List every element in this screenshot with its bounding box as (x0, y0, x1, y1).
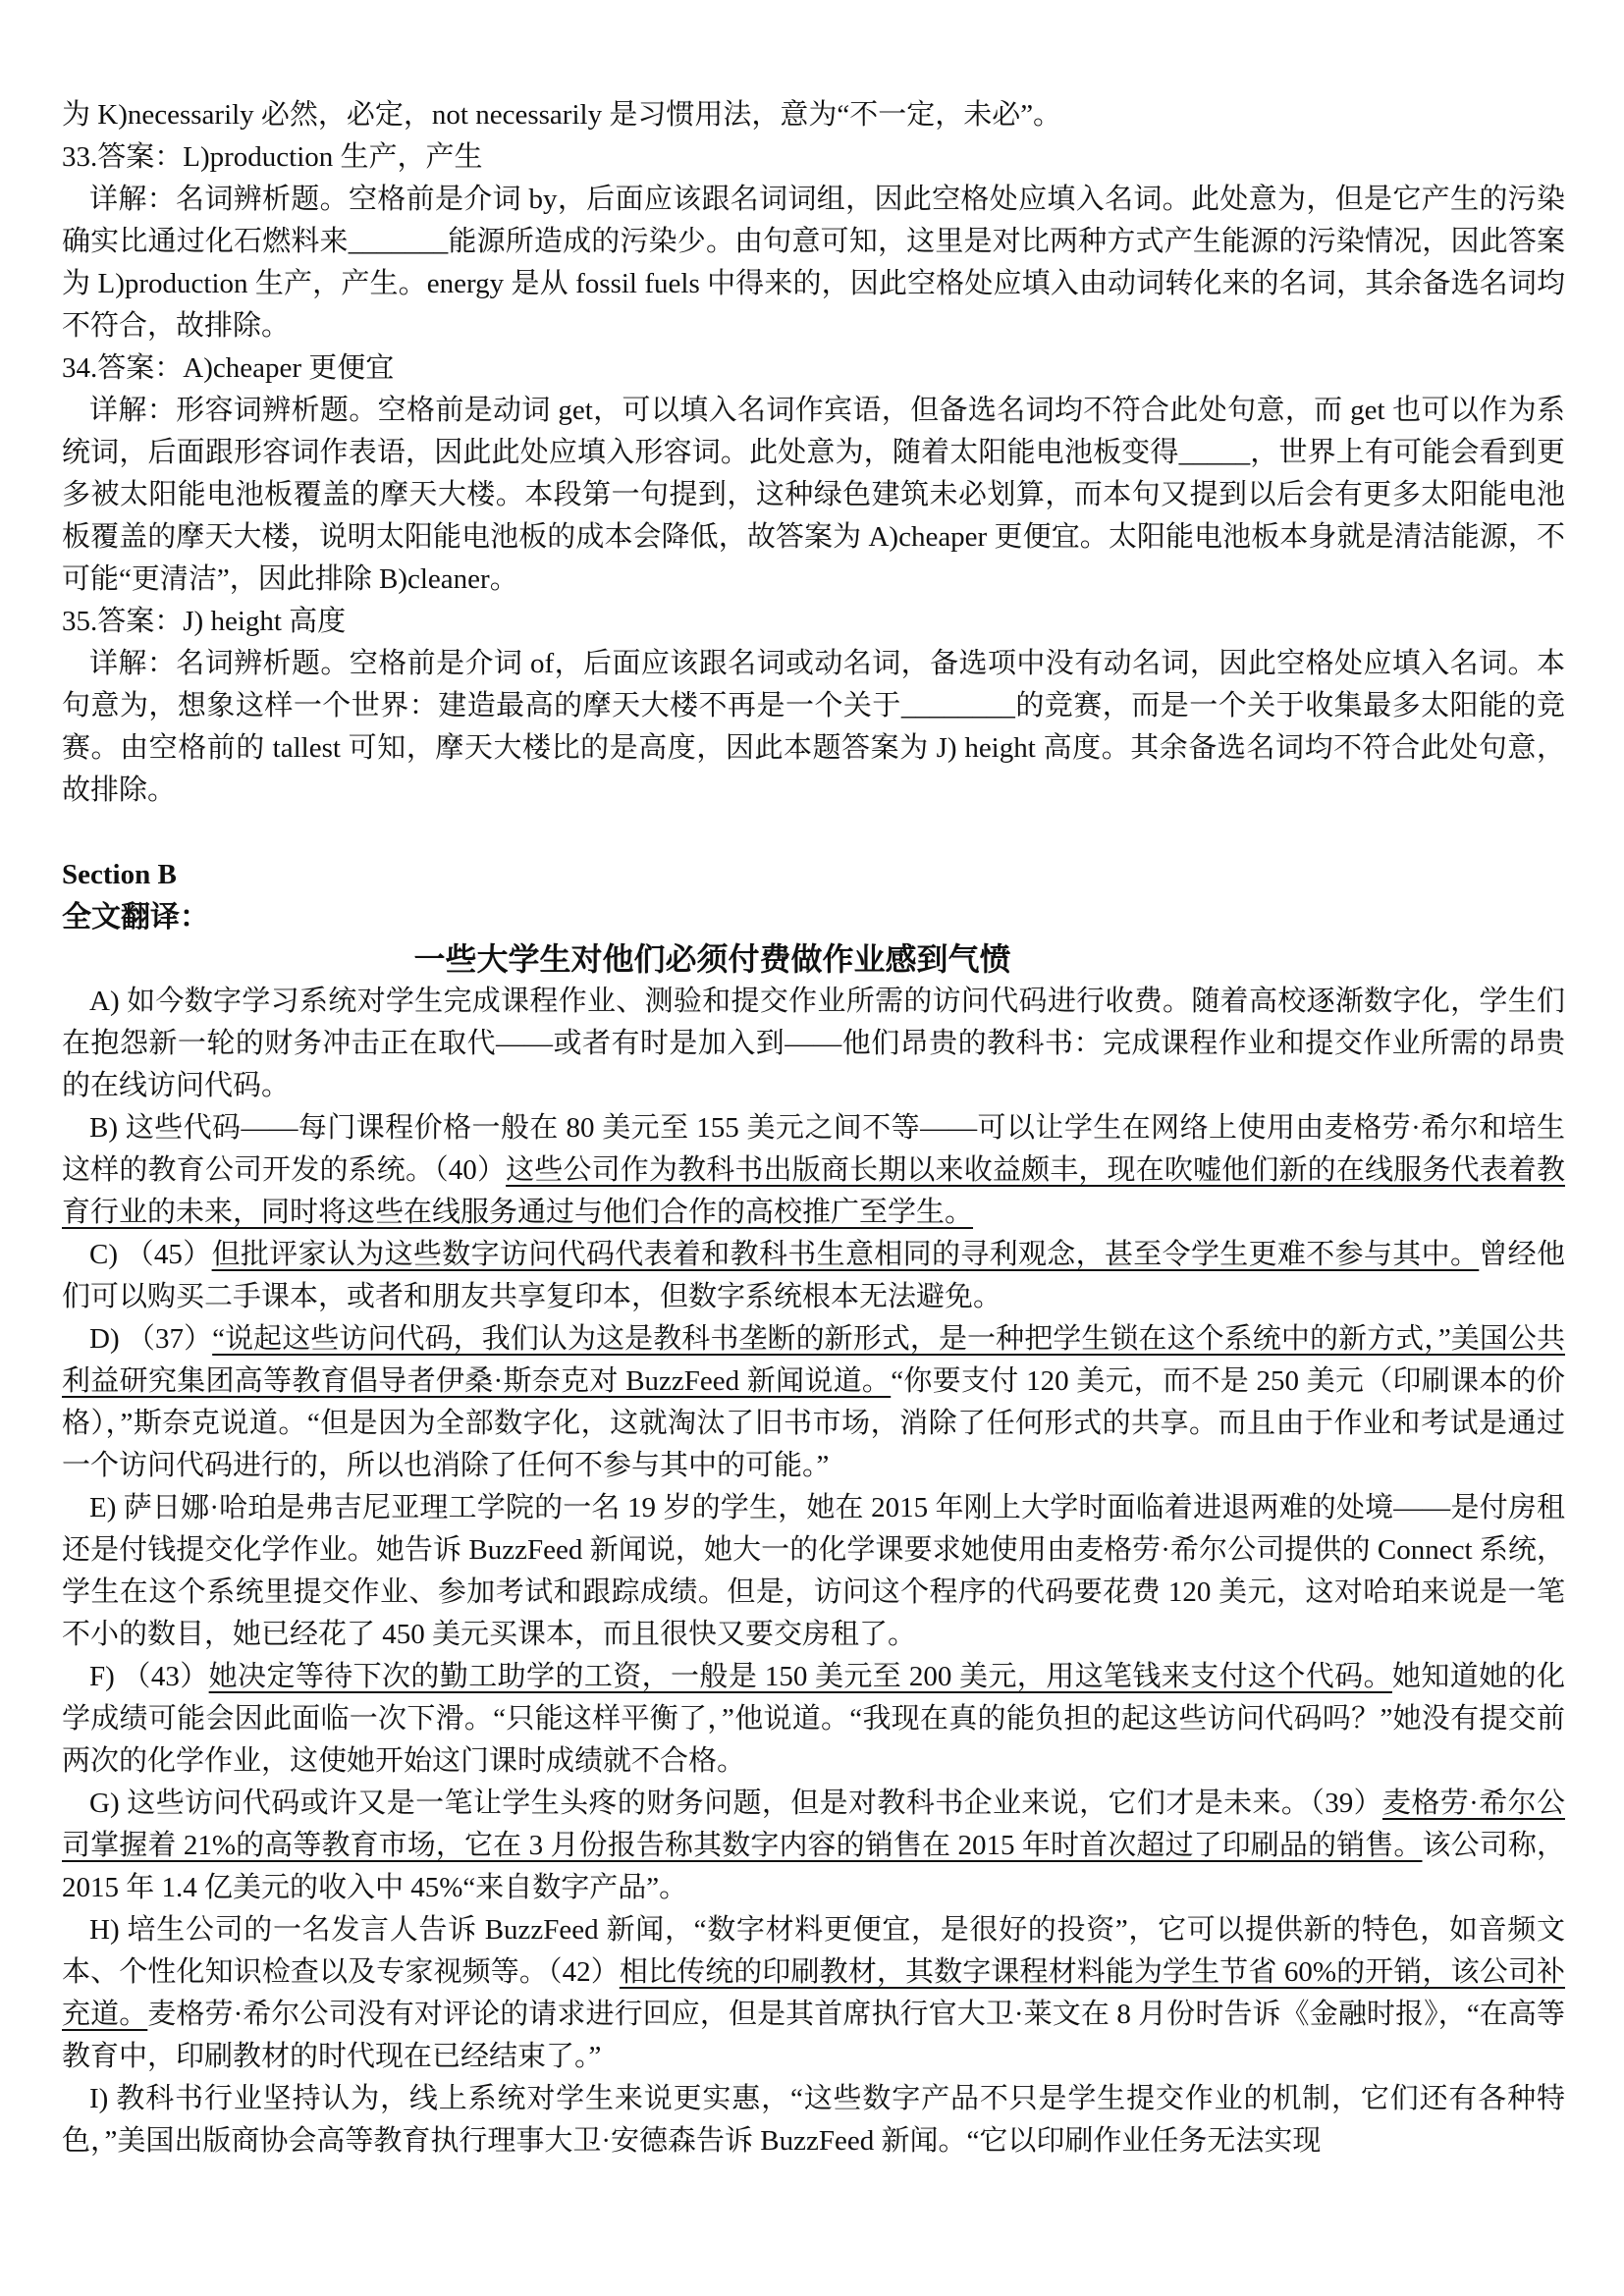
translation-paragraph-c: C) （45）但批评家认为这些数字访问代码代表着和教科书生意相同的寻利观念，甚至… (62, 1234, 1565, 1318)
text-segment: I) 教科书行业坚持认为，线上系统对学生来说更实惠，“这些数字产品不只是学生提交… (62, 2083, 1565, 2157)
translation-paragraph-f: F) （43）她决定等待下次的勤工助学的工资，一般是 150 美元至 200 美… (62, 1656, 1565, 1783)
section-b-heading: Section B (62, 854, 1565, 896)
full-translation-label: 全文翻译： (62, 896, 1565, 938)
carryover-line: 为 K)necessarily 必然，必定，not necessarily 是习… (62, 94, 1565, 136)
answer-detail-34: 详解：形容词辨析题。空格前是动词 get，可以填入名词作宾语，但备选名词均不符合… (62, 390, 1565, 601)
answer-line-34: 34.答案：A)cheaper 更便宜 (62, 347, 1565, 390)
document-page: 为 K)necessarily 必然，必定，not necessarily 是习… (0, 0, 1624, 2296)
answer-line-33: 33.答案：L)production 生产，产生 (62, 136, 1565, 179)
text-segment: D) （37） (89, 1323, 212, 1355)
translation-paragraph-b: B) 这些代码——每门课程价格一般在 80 美元至 155 美元之间不等——可以… (62, 1107, 1565, 1234)
translation-paragraph-e: E) 萨日娜·哈珀是弗吉尼亚理工学院的一名 19 岁的学生，她在 2015 年刚… (62, 1487, 1565, 1656)
spacer (62, 812, 1565, 854)
text-segment: E) 萨日娜·哈珀是弗吉尼亚理工学院的一名 19 岁的学生，她在 2015 年刚… (62, 1492, 1565, 1650)
translation-paragraph-i: I) 教科书行业坚持认为，线上系统对学生来说更实惠，“这些数字产品不只是学生提交… (62, 2078, 1565, 2163)
translation-paragraph-a: A) 如今数字学习系统对学生完成课程作业、测验和提交作业所需的访问代码进行收费。… (62, 981, 1565, 1107)
text-segment: C) （45） (89, 1239, 212, 1270)
answer-detail-33: 详解：名词辨析题。空格前是介词 by，后面应该跟名词词组，因此空格处应填入名词。… (62, 179, 1565, 347)
text-segment: 麦格劳·希尔公司没有对评论的请求进行回应，但是其首席执行官大卫·莱文在 8 月份… (62, 1999, 1565, 2072)
answer-line-35: 35.答案：J) height 高度 (62, 601, 1565, 643)
passage-title: 一些大学生对他们必须付费做作业感到气愤 (62, 938, 1363, 981)
text-segment: A) 如今数字学习系统对学生完成课程作业、测验和提交作业所需的访问代码进行收费。… (62, 986, 1565, 1101)
translation-paragraph-g: G) 这些访问代码或许又是一笔让学生头疼的财务问题，但是对教科书企业来说，它们才… (62, 1783, 1565, 1909)
text-segment: F) （43） (89, 1661, 209, 1692)
underlined-sentence: 但批评家认为这些数字访问代码代表着和教科书生意相同的寻利观念，甚至令学生更难不参… (212, 1239, 1480, 1270)
translation-paragraph-d: D) （37）“说起这些访问代码，我们认为这是教科书垄断的新形式，是一种把学生锁… (62, 1318, 1565, 1487)
text-segment: G) 这些访问代码或许又是一笔让学生头疼的财务问题，但是对教科书企业来说，它们才… (89, 1788, 1382, 1819)
underlined-sentence: 她决定等待下次的勤工助学的工资，一般是 150 美元至 200 美元，用这笔钱来… (209, 1661, 1392, 1692)
translation-paragraph-h: H) 培生公司的一名发言人告诉 BuzzFeed 新闻，“数字材料更便宜，是很好… (62, 1909, 1565, 2078)
answer-detail-35: 详解：名词辨析题。空格前是介词 of，后面应该跟名词或动名词，备选项中没有动名词… (62, 643, 1565, 812)
